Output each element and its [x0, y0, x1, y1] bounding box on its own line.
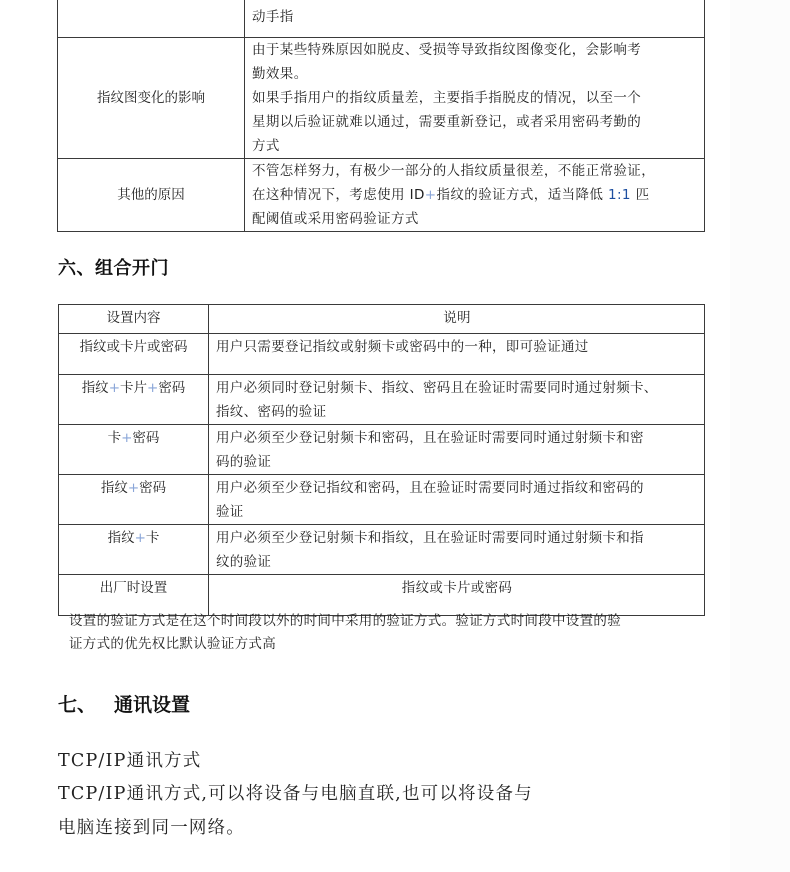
plus-sign: +: [121, 430, 132, 446]
row-label: [58, 0, 245, 38]
fingerprint-issues-table: 动手指 指纹图变化的影响 由于某些特殊原因如脱皮、受损等导致指纹图像变化，会影响…: [57, 0, 705, 232]
table-row: 其他的原因 不管怎样努力，有极少一部分的人指纹质量很差，不能正常验证， 在这种情…: [58, 159, 705, 232]
table-row: 指纹图变化的影响 由于某些特殊原因如脱皮、受损等导致指纹图像变化，会影响考 勤效…: [58, 38, 705, 159]
background-panel: [730, 0, 790, 872]
section-heading-combined-unlock: 六、组合开门: [58, 254, 169, 280]
table-row: 指纹+卡 用户必须至少登记射频卡和指纹，且在验证时需要同时通过射频卡和指 纹的验…: [59, 525, 705, 575]
row-description: 由于某些特殊原因如脱皮、受损等导致指纹图像变化，会影响考 勤效果。 如果手指用户…: [245, 38, 705, 159]
plus-sign: +: [135, 530, 146, 546]
desc-line: 用户必须至少登记射频卡和密码，且在验证时需要同时通过射频卡和密: [216, 426, 698, 450]
setting-cell: 指纹+卡: [59, 525, 209, 575]
note-line: 设置的验证方式是在这个时间段以外的时间中采用的验证方式。验证方式时间段中设置的验: [69, 610, 709, 633]
desc-line: 用户只需要登记指纹或射频卡或密码中的一种，即可验证通过: [216, 335, 698, 359]
column-header-setting: 设置内容: [59, 305, 209, 334]
table-row: 指纹+卡片+密码 用户必须同时登记射频卡、指纹、密码且在验证时需要同时通过射频卡…: [59, 375, 705, 425]
desc-line: 不管怎样努力，有极少一部分的人指纹质量很差，不能正常验证，: [252, 159, 698, 183]
desc-line: 配阈值或采用密码验证方式: [252, 207, 698, 231]
table-row: 卡+密码 用户必须至少登记射频卡和密码，且在验证时需要同时通过射频卡和密 码的验…: [59, 425, 705, 475]
desc-line: 在这种情况下，考虑使用 ID+指纹的验证方式，适当降低 1:1 匹: [252, 183, 698, 207]
description-cell: 用户必须至少登记指纹和密码，且在验证时需要同时通过指纹和密码的 验证: [209, 475, 705, 525]
plus-sign: +: [147, 380, 158, 396]
setting-cell: 卡+密码: [59, 425, 209, 475]
desc-line: 用户必须同时登记射频卡、指纹、密码且在验证时需要同时通过射频卡、: [216, 376, 698, 400]
tcpip-description-line: TCP/IP通讯方式,可以将设备与电脑直联,也可以将设备与: [58, 780, 533, 805]
description-cell: 用户必须至少登记射频卡和指纹，且在验证时需要同时通过射频卡和指 纹的验证: [209, 525, 705, 575]
verification-priority-note: 设置的验证方式是在这个时间段以外的时间中采用的验证方式。验证方式时间段中设置的验…: [69, 610, 709, 656]
desc-line: 指纹、密码的验证: [216, 400, 698, 424]
desc-line: 纹的验证: [216, 550, 698, 574]
ratio-value: 1:1: [608, 187, 631, 203]
plus-sign: +: [128, 480, 139, 496]
desc-line: 用户必须至少登记指纹和密码，且在验证时需要同时通过指纹和密码的: [216, 476, 698, 500]
desc-line: 用户必须至少登记射频卡和指纹，且在验证时需要同时通过射频卡和指: [216, 526, 698, 550]
section-title: 通讯设置: [114, 694, 190, 716]
setting-cell: 指纹或卡片或密码: [59, 334, 209, 375]
tcpip-subtitle: TCP/IP通讯方式: [58, 747, 201, 772]
section-heading-communication-settings: 七、通讯设置: [58, 690, 190, 717]
desc-line: 指纹或卡片或密码: [216, 576, 698, 600]
table-row: 指纹+密码 用户必须至少登记指纹和密码，且在验证时需要同时通过指纹和密码的 验证: [59, 475, 705, 525]
description-cell: 用户必须至少登记射频卡和密码，且在验证时需要同时通过射频卡和密 码的验证: [209, 425, 705, 475]
description-cell: 用户必须同时登记射频卡、指纹、密码且在验证时需要同时通过射频卡、 指纹、密码的验…: [209, 375, 705, 425]
setting-cell: 指纹+密码: [59, 475, 209, 525]
desc-line: 如果手指用户的指纹质量差，主要指手指脱皮的情况，以至一个: [252, 86, 698, 110]
row-description: 不管怎样努力，有极少一部分的人指纹质量很差，不能正常验证， 在这种情况下，考虑使…: [245, 159, 705, 232]
plus-sign: +: [109, 380, 120, 396]
column-header-description: 说明: [209, 305, 705, 334]
table-row: 动手指: [58, 0, 705, 38]
desc-line: 勤效果。: [252, 62, 698, 86]
desc-line: 码的验证: [216, 450, 698, 474]
tcpip-description-line: 电脑连接到同一网络。: [58, 814, 245, 839]
table-row: 指纹或卡片或密码 用户只需要登记指纹或射频卡或密码中的一种，即可验证通过: [59, 334, 705, 375]
note-line: 证方式的优先权比默认验证方式高: [69, 633, 709, 656]
desc-line: 由于某些特殊原因如脱皮、受损等导致指纹图像变化，会影响考: [252, 38, 698, 62]
desc-line: 验证: [216, 500, 698, 524]
desc-line: 星期以后验证就难以通过，需要重新登记，或者采用密码考勤的: [252, 110, 698, 134]
combined-unlock-table: 设置内容 说明 指纹或卡片或密码 用户只需要登记指纹或射频卡或密码中的一种，即可…: [58, 304, 705, 616]
setting-cell: 指纹+卡片+密码: [59, 375, 209, 425]
description-cell: 用户只需要登记指纹或射频卡或密码中的一种，即可验证通过: [209, 334, 705, 375]
row-label: 指纹图变化的影响: [58, 38, 245, 159]
row-description: 动手指: [245, 0, 705, 38]
desc-line: 动手指: [252, 5, 698, 29]
table-header-row: 设置内容 说明: [59, 305, 705, 334]
plus-sign: +: [425, 187, 437, 203]
section-number: 七、: [58, 694, 96, 716]
desc-line: 方式: [252, 134, 698, 158]
row-label: 其他的原因: [58, 159, 245, 232]
